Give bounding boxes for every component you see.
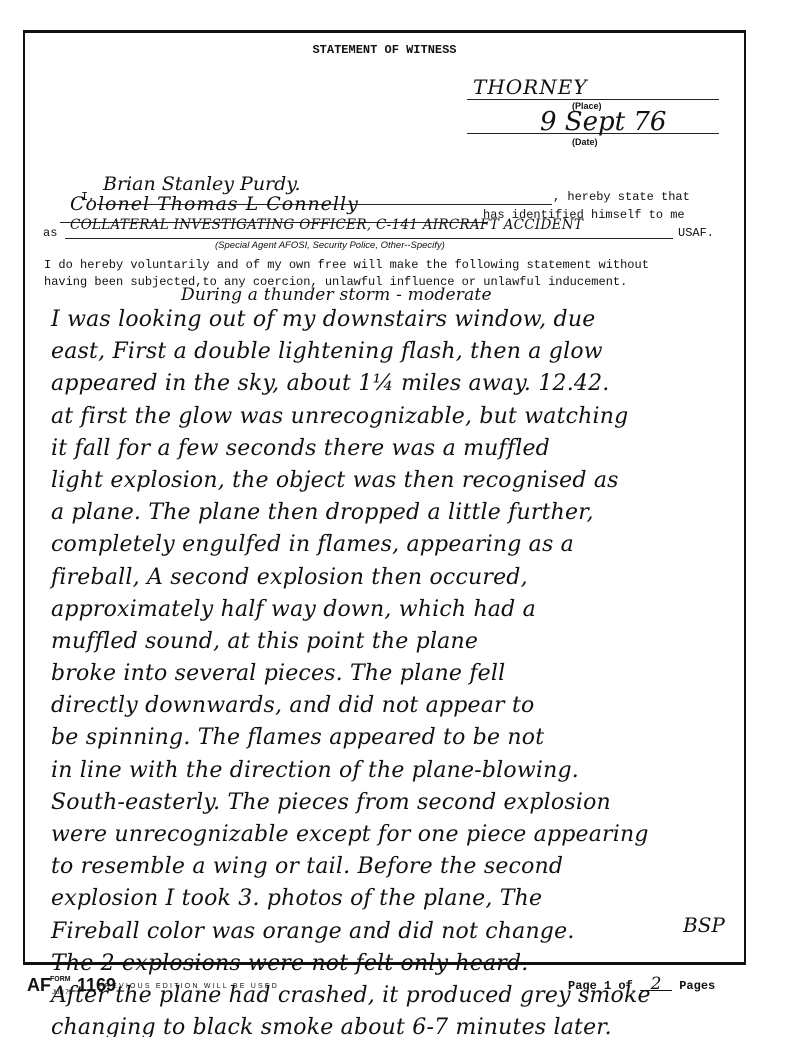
role-caption: (Special Agent AFOSI, Security Police, O…	[215, 240, 445, 251]
statement-line: appeared in the sky, about 1¼ miles away…	[51, 368, 751, 400]
statement-line: fireball, A second explosion then occure…	[51, 562, 751, 594]
pages-label: Pages	[679, 979, 715, 993]
statement-line: Fireball color was orange and did not ch…	[51, 916, 751, 948]
line3-suffix: USAF.	[678, 226, 714, 240]
statement-line: explosion I took 3. photos of the plane,…	[51, 883, 751, 915]
statement-line: light explosion, the object was then rec…	[51, 465, 751, 497]
statement-line: a plane. The plane then dropped a little…	[51, 497, 751, 529]
form-title: STATEMENT OF WITNESS	[25, 43, 744, 57]
page-label: Page 1 of	[568, 979, 633, 993]
page-total: 2	[640, 978, 672, 991]
edition-note: PREVIOUS EDITION WILL BE USED	[98, 983, 279, 990]
date-caption: (Date)	[572, 137, 598, 147]
statement-lines: I was looking out of my downstairs windo…	[51, 304, 751, 1037]
statement-line: South-easterly. The pieces from second e…	[51, 787, 751, 819]
line3-prefix: as	[43, 226, 57, 240]
statement-line: changing to black smoke about 6-7 minute…	[51, 1012, 751, 1037]
statement-line: east, First a double lightening flash, t…	[51, 336, 751, 368]
statement-line: were unrecognizable except for one piece…	[51, 819, 751, 851]
place-rule	[467, 99, 719, 100]
statement-line: directly downwards, and did not appear t…	[51, 690, 751, 722]
form-prefix: AF	[27, 975, 51, 996]
officer-role-rule	[65, 238, 673, 239]
form-date: JUN 72	[52, 990, 72, 996]
statement-line: be spinning. The flames appeared to be n…	[51, 722, 751, 754]
witness-initials: BSP	[683, 913, 725, 937]
officer-role: COLLATERAL INVESTIGATING OFFICER, C-141 …	[70, 217, 583, 233]
statement-line: in line with the direction of the plane-…	[51, 755, 751, 787]
date-rule	[467, 133, 719, 134]
statement-line: broke into several pieces. The plane fel…	[51, 658, 751, 690]
statement-insert: During a thunder storm - moderate	[51, 286, 751, 304]
statement-body: During a thunder storm - moderate I was …	[51, 286, 751, 1037]
form-superscript: FORM	[50, 976, 71, 983]
officer-name: Colonel Thomas L Connelly	[70, 193, 359, 215]
statement-line: at first the glow was unrecognizable, bu…	[51, 401, 751, 433]
statement-line: muffled sound, at this point the plane	[51, 626, 751, 658]
statement-line: completely engulfed in flames, appearing…	[51, 529, 751, 561]
statement-line: I was looking out of my downstairs windo…	[51, 304, 751, 336]
statement-line: The 2 explosions were not felt only hear…	[51, 948, 751, 980]
statement-line: it fall for a few seconds there was a mu…	[51, 433, 751, 465]
boilerplate-line-1: I do hereby voluntarily and of my own fr…	[44, 258, 649, 272]
line1-suffix: , hereby state that	[553, 190, 690, 204]
witness-name: Brian Stanley Purdy.	[103, 173, 301, 195]
form-border: STATEMENT OF WITNESS THORNEY (Place) 9 S…	[23, 30, 746, 965]
statement-line: to resemble a wing or tail. Before the s…	[51, 851, 751, 883]
page-counter: Page 1 of 2 Pages	[568, 978, 715, 993]
place-value: THORNEY	[473, 75, 588, 99]
statement-line: approximately half way down, which had a	[51, 594, 751, 626]
